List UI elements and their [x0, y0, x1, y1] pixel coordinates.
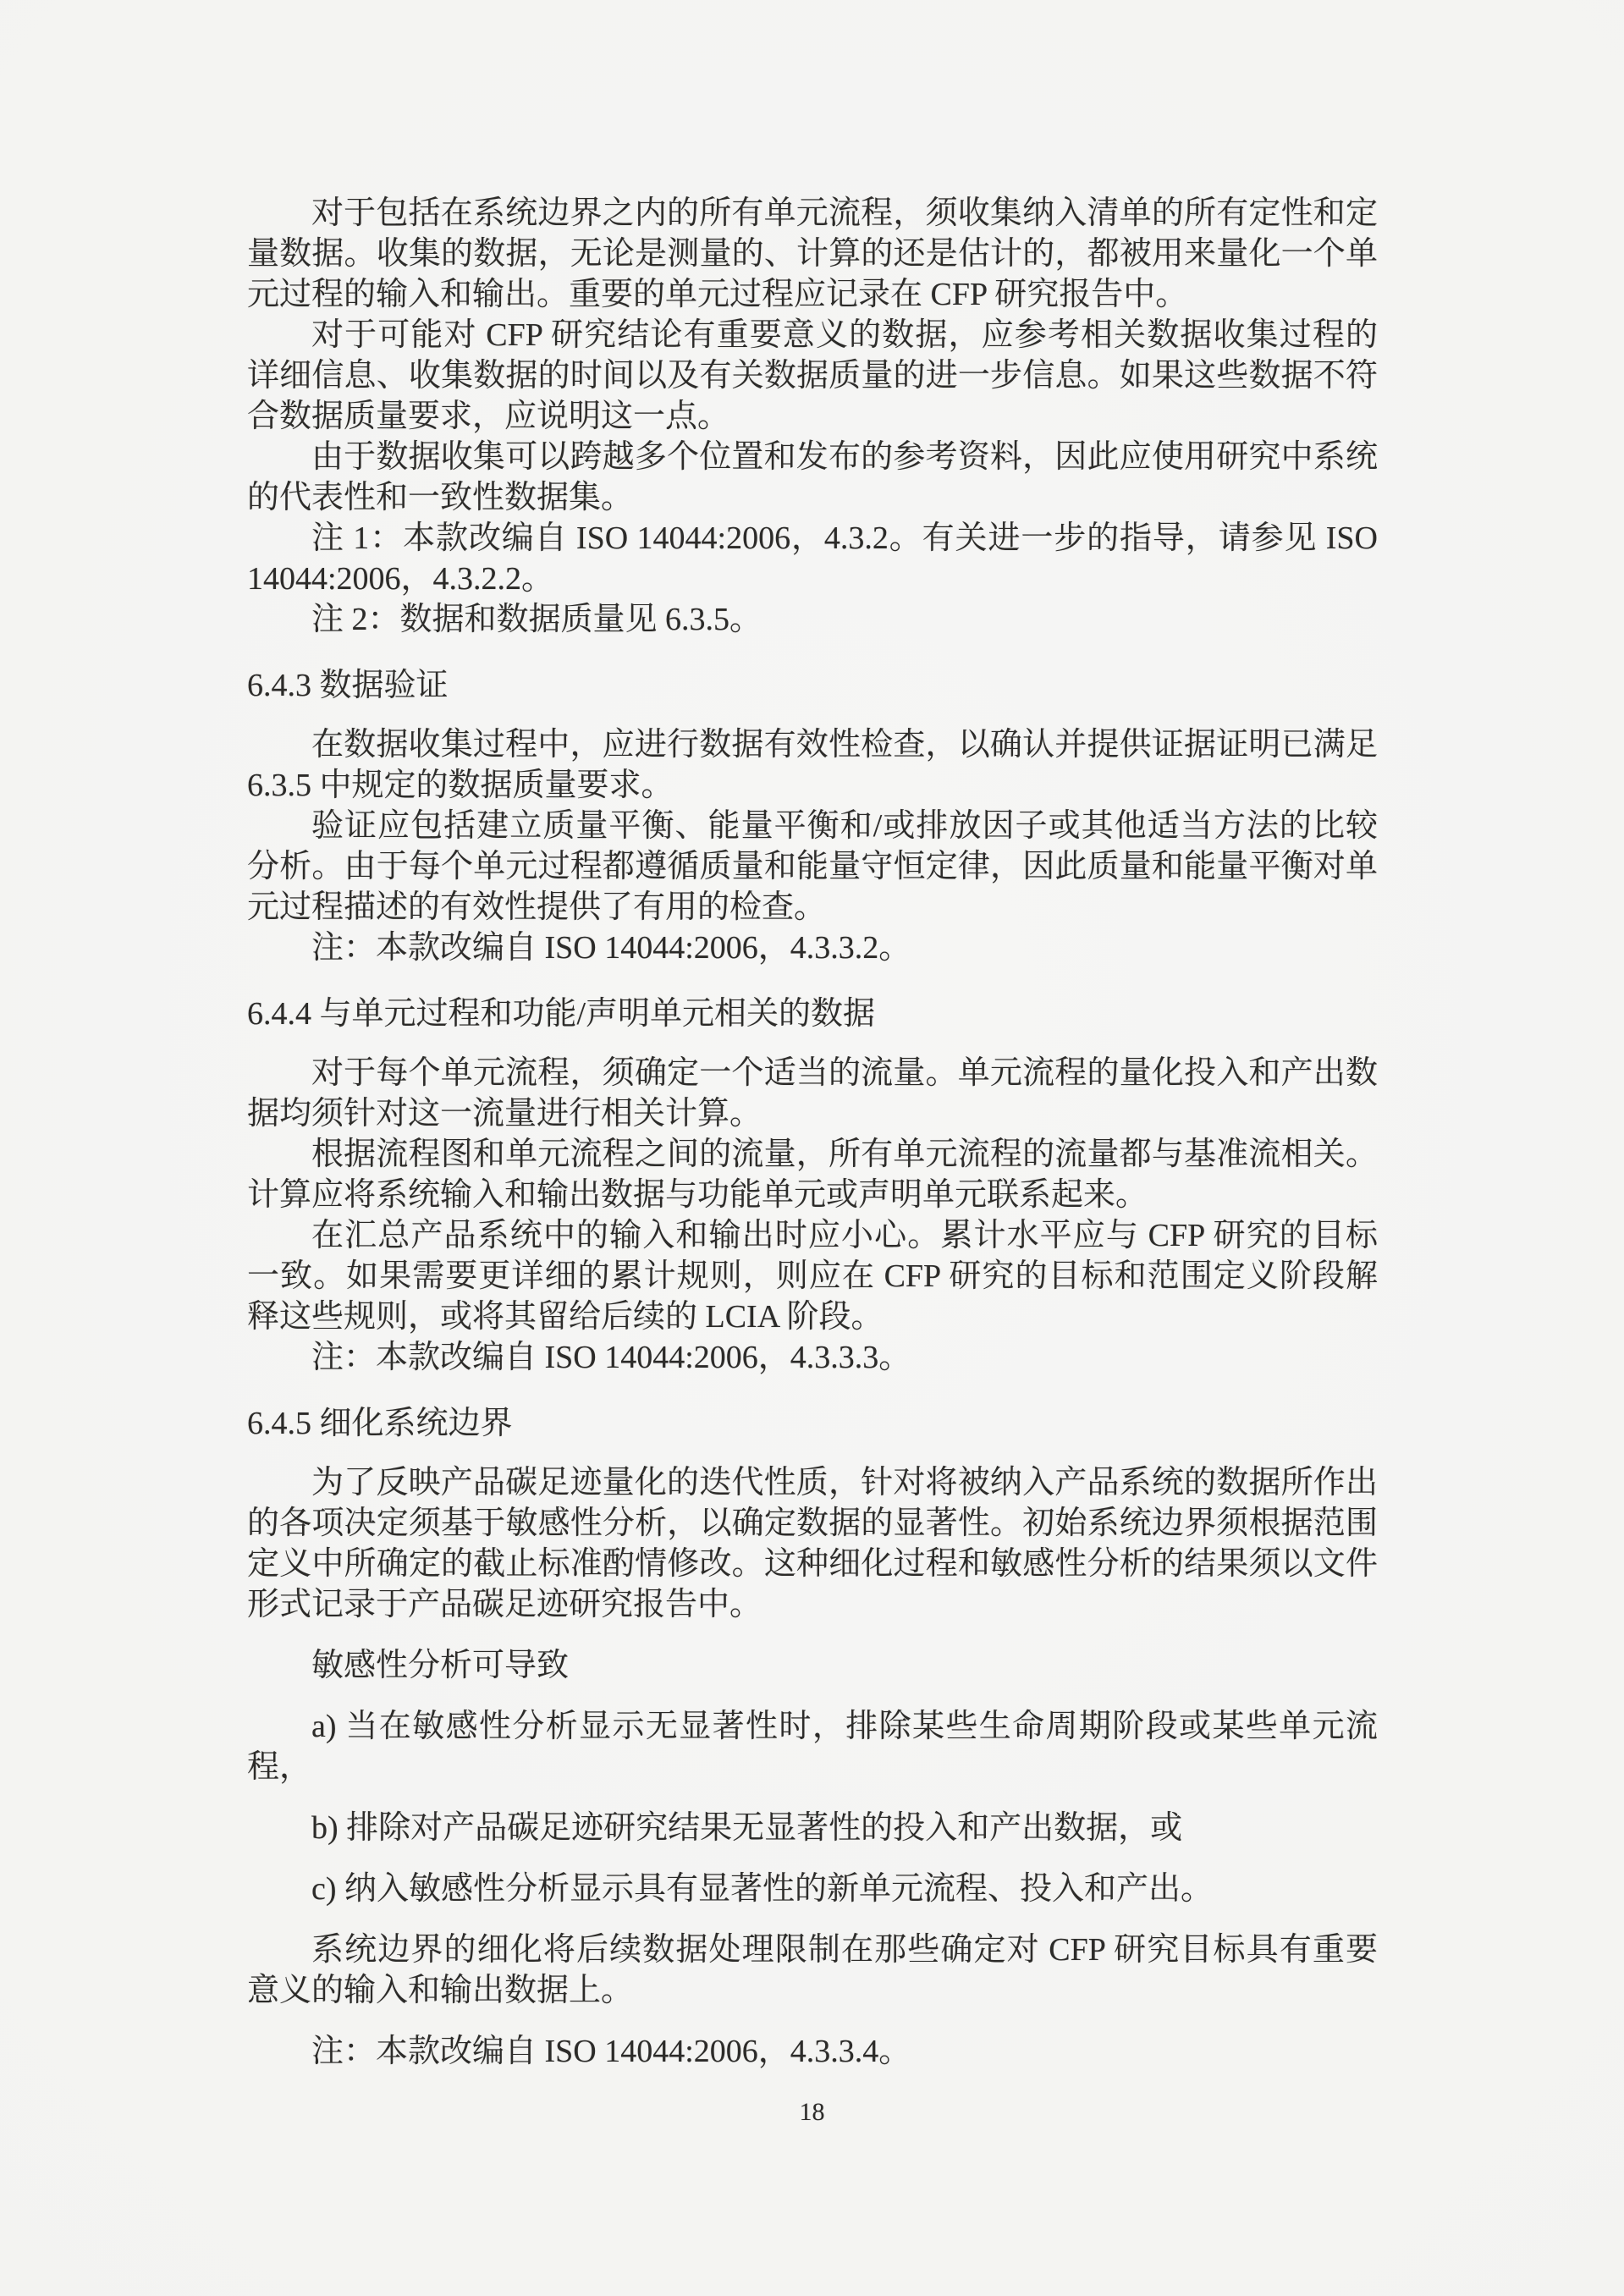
document-content: 对于包括在系统边界之内的所有单元流程，须收集纳入清单的所有定性和定量数据。收集的…: [247, 193, 1378, 2072]
list-item: a) 当在敏感性分析显示无显著性时，排除某些生命周期阶段或某些单元流程，: [247, 1706, 1378, 1787]
body-paragraph: 在汇总产品系统中的输入和输出时应小心。累计水平应与 CFP 研究的目标一致。如果…: [247, 1215, 1378, 1337]
body-paragraph: 根据流程图和单元流程之间的流量，所有单元流程的流量都与基准流相关。计算应将系统输…: [247, 1134, 1378, 1215]
note: 注：本款改编自 ISO 14044:2006，4.3.3.3。: [247, 1337, 1378, 1378]
body-paragraph: 对于每个单元流程，须确定一个适当的流量。单元流程的量化投入和产出数据均须针对这一…: [247, 1053, 1378, 1134]
body-paragraph: 对于可能对 CFP 研究结论有重要意义的数据，应参考相关数据收集过程的详细信息、…: [247, 315, 1378, 437]
section-heading: 6.4.5 细化系统边界: [247, 1403, 1378, 1444]
body-paragraph: 由于数据收集可以跨越多个位置和发布的参考资料，因此应使用研究中系统的代表性和一致…: [247, 437, 1378, 518]
body-paragraph: 敏感性分析可导致: [247, 1645, 1378, 1686]
note: 注 1：本款改编自 ISO 14044:2006，4.3.2。有关进一步的指导，…: [247, 518, 1378, 599]
list-item: c) 纳入敏感性分析显示具有显著性的新单元流程、投入和产出。: [247, 1869, 1378, 1909]
note: 注：本款改编自 ISO 14044:2006，4.3.3.4。: [247, 2031, 1378, 2072]
body-paragraph: 在数据收集过程中，应进行数据有效性检查，以确认并提供证据证明已满足 6.3.5 …: [247, 724, 1378, 806]
list-item: b) 排除对产品碳足迹研究结果无显著性的投入和产出数据，或: [247, 1808, 1378, 1848]
note: 注 2：数据和数据质量见 6.3.5。: [247, 599, 1378, 640]
page-number: 18: [0, 2097, 1624, 2128]
body-paragraph: 验证应包括建立质量平衡、能量平衡和/或排放因子或其他适当方法的比较分析。由于每个…: [247, 806, 1378, 928]
note: 注：本款改编自 ISO 14044:2006，4.3.3.2。: [247, 928, 1378, 968]
section-heading: 6.4.3 数据验证: [247, 665, 1378, 706]
section-heading: 6.4.4 与单元过程和功能/声明单元相关的数据: [247, 994, 1378, 1034]
body-paragraph: 为了反映产品碳足迹量化的迭代性质，针对将被纳入产品系统的数据所作出的各项决定须基…: [247, 1462, 1378, 1625]
document-page: 对于包括在系统边界之内的所有单元流程，须收集纳入清单的所有定性和定量数据。收集的…: [0, 0, 1624, 2296]
body-paragraph: 对于包括在系统边界之内的所有单元流程，须收集纳入清单的所有定性和定量数据。收集的…: [247, 193, 1378, 315]
body-paragraph: 系统边界的细化将后续数据处理限制在那些确定对 CFP 研究目标具有重要意义的输入…: [247, 1930, 1378, 2011]
